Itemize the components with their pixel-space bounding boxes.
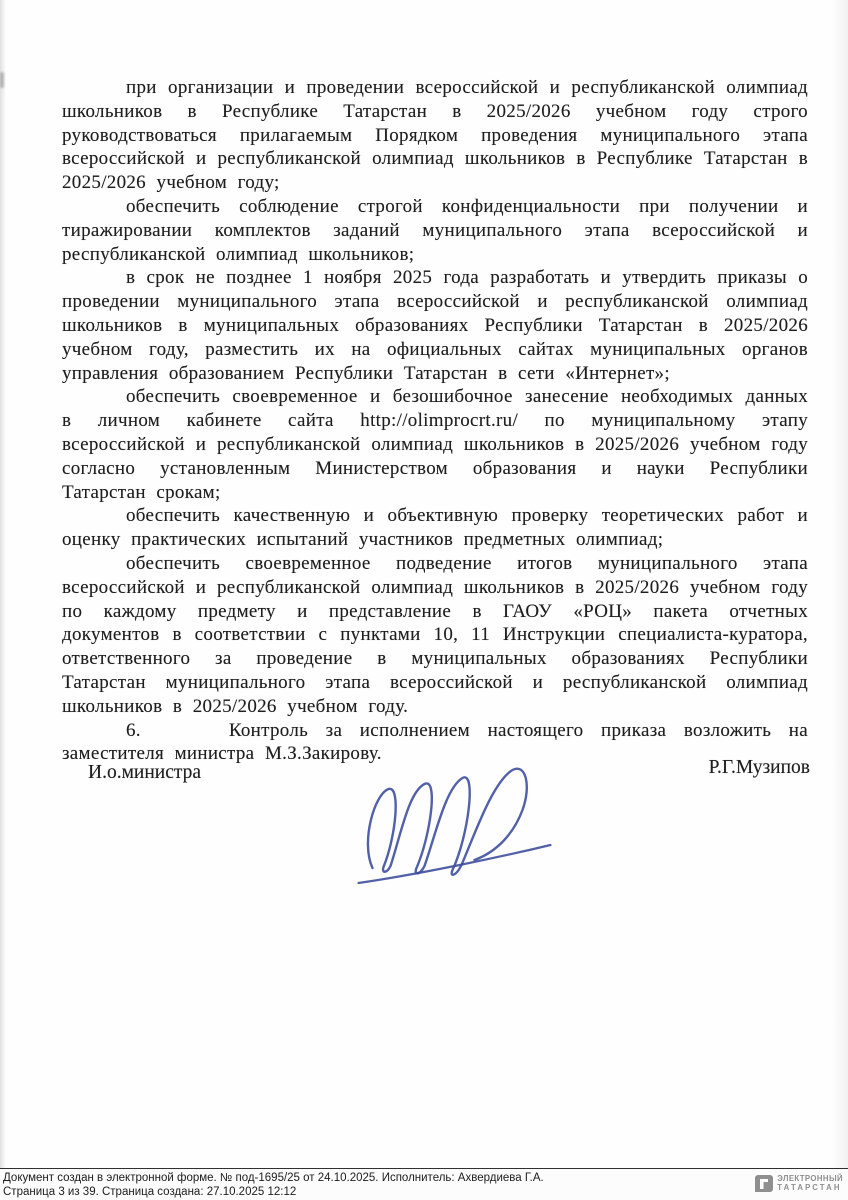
footer-line-document-info: Документ создан в электронной форме. № п… xyxy=(3,1172,544,1186)
document-body: при организации и проведении всероссийск… xyxy=(62,76,808,766)
signer-name-label: Р.Г.Музипов xyxy=(709,757,810,779)
document-footer: Документ создан в электронной форме. № п… xyxy=(0,1168,848,1200)
paragraph-4: обеспечить своевременное и безошибочное … xyxy=(62,385,808,504)
paragraph-3: в срок не позднее 1 ноября 2025 года раз… xyxy=(62,266,808,385)
scan-edge-left xyxy=(0,0,6,1200)
paragraph-2: обеспечить соблюдение строгой конфиденци… xyxy=(62,195,808,266)
scan-edge-right xyxy=(832,0,848,1168)
electronic-tatarstan-logo-icon xyxy=(754,1174,774,1194)
footer-line-page-info: Страница 3 из 39. Страница создана: 27.1… xyxy=(3,1186,544,1200)
signer-position-label: И.о.министра xyxy=(88,762,201,784)
electronic-tatarstan-logo: ЭЛЕКТРОННЫЙ ТАТАРСТАН xyxy=(754,1174,843,1194)
logo-text: ЭЛЕКТРОННЫЙ ТАТАРСТАН xyxy=(777,1175,843,1193)
logo-line-2: ТАТАРСТАН xyxy=(777,1184,843,1193)
scanned-document-page: при организации и проведении всероссийск… xyxy=(0,0,848,1200)
paragraph-5: обеспечить качественную и объективную пр… xyxy=(62,504,808,552)
footer-text: Документ создан в электронной форме. № п… xyxy=(3,1172,544,1199)
handwritten-signature-icon xyxy=(348,740,563,890)
scan-artifact xyxy=(0,72,4,88)
paragraph-1: при организации и проведении всероссийск… xyxy=(62,76,808,195)
paragraph-6: обеспечить своевременное подведение итог… xyxy=(62,552,808,719)
